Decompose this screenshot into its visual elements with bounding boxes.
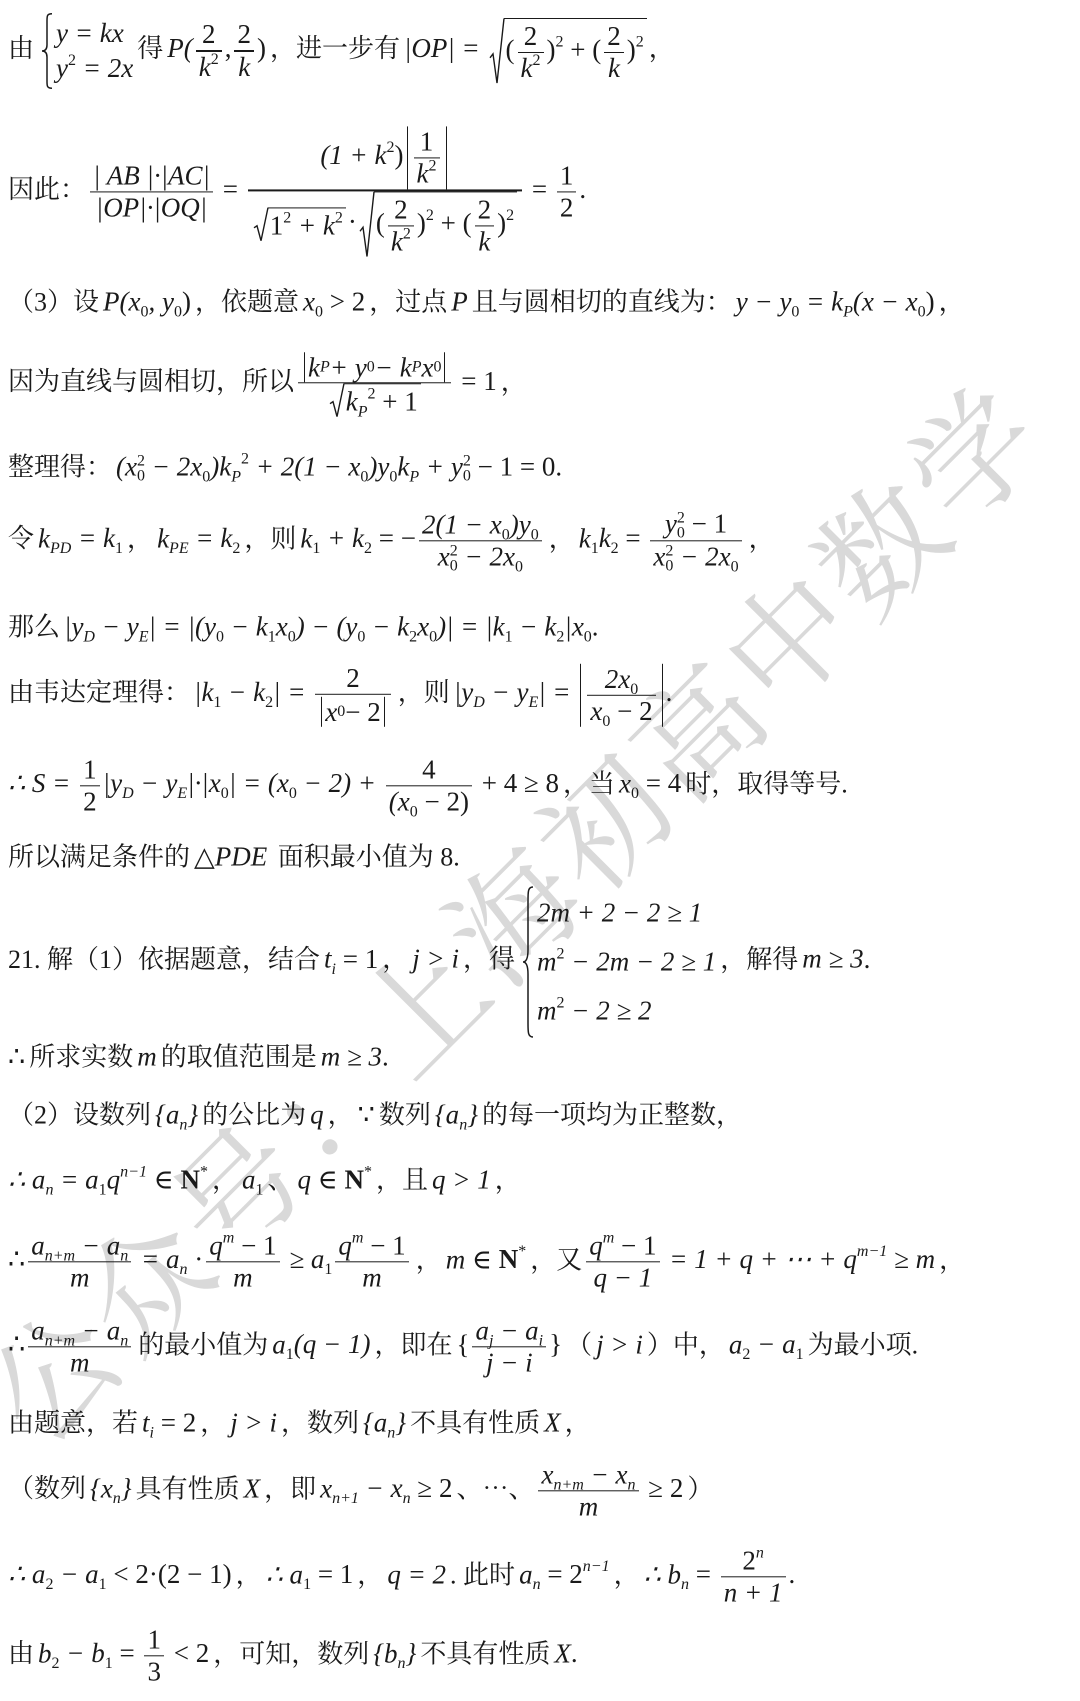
fraction: 12 [557,160,577,223]
text: 由韦达定理得： [8,678,190,707]
equation-row: y2 = 2x [56,51,133,86]
math: ∴ a [8,1559,45,1589]
text: 因此： [8,175,86,204]
text: 整理得： [8,453,112,482]
math: a [729,1329,743,1359]
math: ∴ [8,1329,25,1359]
math: + ( [434,208,472,238]
math: 2(1 − x [422,509,502,539]
superscript: * [364,1164,372,1181]
math: − a [750,1329,795,1359]
math: ) [182,287,191,317]
math: m [362,1263,382,1293]
equation-row: m2 − 2m − 2 ≥ 1 [537,938,716,987]
numerator: (1 + k2)1k2 [317,126,452,189]
denominator: k2 [518,53,544,84]
math: − x [584,1459,628,1489]
math: X [244,1473,261,1503]
denominator: 2 [80,787,100,818]
subscript: 0 [918,304,926,321]
math: | = (x [229,768,289,798]
absolute-value: 2x0x0 − 2 [580,663,662,726]
superscript: m−1 [857,1243,887,1260]
math: b [38,1638,52,1668]
denominator: x20 − 2x0 [650,542,741,574]
math: − a [53,1559,98,1589]
subscript: 0 [731,559,739,576]
text: ， [495,1166,521,1195]
line-18: （数列{xn}具有性质X，即xn+1 − xn ≥ 2、⋯、xn+m − xnm… [8,1459,713,1522]
math: m ≥ 3 [321,1042,382,1072]
subscript: 0 [174,304,182,321]
numerator: 1 [144,1624,164,1655]
math: (x [389,787,410,817]
line-19: ∴ a2 − a1 < 2·(2 − 1)，∴ a1 = 1，q = 2. 此时… [8,1545,795,1608]
fraction: 2x0x0 − 2 [587,663,655,726]
text: 由 [8,1639,34,1668]
subscript: 1 [99,1576,107,1593]
math: )k [210,452,231,482]
left-brace-icon [521,886,535,1039]
math: ) [417,208,426,238]
fraction: qm − 1m [335,1230,408,1293]
text: 时，取得等号. [685,769,848,798]
line-12: ∴所求实数m的取值范围是m ≥ 3. [8,1039,389,1076]
text: ， [501,367,527,396]
math: X [554,1638,571,1668]
math: y [56,53,68,83]
superscript: 2 [450,543,458,558]
text: 所以满足条件的 [8,843,190,872]
math: |y [103,768,122,798]
math: ∵ [358,1100,375,1130]
numerator: 1 [80,754,100,785]
math: ∴ [8,1042,25,1072]
math: k [300,523,312,553]
superscript: 2 [556,33,564,50]
math: )y [510,509,531,539]
fraction: 13 [144,1624,164,1687]
math: (1 + k [320,140,386,170]
absolute-value: 1k2 [407,126,447,189]
math: 2 [478,194,492,224]
math: ≥ 2 [411,1473,453,1503]
subscript: n [113,1490,121,1507]
subscript: E [528,694,538,711]
subscript: 0 [410,804,418,821]
denominator: m [67,1263,93,1294]
math: − y [485,677,529,707]
superscript: m [223,1229,235,1246]
denominator: kP2 + 1 [324,384,426,418]
math: m [137,1042,157,1072]
line-13: （2）设数列{an}的公比为q，∵数列{an}的每一项均为正整数， [8,1097,742,1134]
math: m [537,996,557,1026]
text: 、 [267,1166,293,1195]
subscript: D [83,629,95,646]
subscript: 1 [105,1655,113,1672]
math: + ( [564,34,602,64]
text: 由 [8,34,34,63]
math: − 2) + [297,768,383,798]
math: 4 [422,754,436,784]
math: x [320,1473,332,1503]
text: 具有性质 [136,1474,240,1503]
line-20: 由b2 − b1 = 13 < 2，可知，数列{bn}不具有性质X. [8,1624,578,1687]
math: − 2x [145,452,202,482]
text: ， [127,524,153,553]
text: 的公比为 [202,1101,306,1130]
math: P [451,287,468,317]
fraction: 2k2 [196,19,222,82]
math: = [113,1638,142,1668]
line-10: 所以满足条件的△PDE 面积最小值为 8. [8,839,460,876]
math: − 1 [685,508,727,538]
denominator: k2 [388,227,414,258]
math: } [121,1473,132,1503]
text: ， [416,1245,442,1274]
math: = 1 [311,1559,353,1589]
subscript: P [231,469,241,486]
math: − y [134,768,178,798]
subscript: 1 [324,1261,332,1278]
subscript: 0 [677,525,685,540]
absolute-value: x0 − 2 [321,697,384,727]
math: . [571,1638,578,1668]
text: 那么 [8,613,60,642]
subscript: n [398,1655,406,1672]
text: （数列 [8,1474,86,1503]
math: x [653,542,665,572]
denominator: k [475,227,493,258]
superscript: 2 [677,510,685,525]
math: ∴ [8,1244,25,1274]
numerator: y20 − 1 [662,508,730,540]
equation-row: y = kx [56,16,133,51]
math: | = [273,677,312,707]
numerator: kP + y0 − kPx0 [298,350,451,382]
math: 3 [147,1657,161,1687]
math: . [579,174,586,204]
superscript: n−1 [120,1164,147,1181]
subscript: 0 [221,785,229,802]
math: . [382,1042,389,1072]
math: 1 [420,126,434,156]
text: ， [212,1166,238,1195]
text: ， [382,945,408,974]
fraction: an+m − anm [28,1230,131,1293]
line-3: （3）设P(x0, y0)，依题意x0 > 2，过点P且与圆相切的直线为：y −… [8,284,965,321]
math: . [555,452,562,482]
denominator: x0 − 2 [315,695,390,727]
superscript: 2 [68,52,76,69]
numerator: xn+m − xn [538,1459,638,1490]
text: ，则 [398,678,450,707]
math: } [406,1638,417,1668]
math: − 2m − 2 ≥ 1 [564,947,716,977]
math: q = 2 [387,1559,446,1589]
text: ， [649,34,675,63]
math: = k [799,287,843,317]
fraction: qm − 1q − 1 [586,1230,659,1293]
math: k [397,452,409,482]
text: ，则 [244,524,296,553]
subscript: P [358,404,368,421]
text: ， [549,524,575,553]
math: {x [90,1473,113,1503]
line-1: 由y = kxy2 = 2x得P(2k2,2k)，进一步有|OP| = (2k2… [8,13,675,89]
math: , y [148,287,173,317]
absolute-value: kP + y0 − kPx0 [304,352,445,382]
text: ，当 [563,769,615,798]
math: k [599,523,611,553]
math: (x [116,452,137,482]
math: x [325,697,337,727]
math: |k [194,677,213,707]
math: q [589,1230,603,1260]
text: （3）设 [8,288,99,317]
math: x [276,612,288,642]
line-8: 由韦达定理得：|k1 − k2| = 2x0 − 2，则|yD − yE| = … [8,663,672,727]
math: = 4 [639,768,681,798]
text: ， [236,1560,262,1589]
math: |x [564,612,583,642]
superscript: 2 [506,207,514,224]
math: a [31,1315,45,1345]
text: 的取值范围是 [161,1043,317,1072]
math: x [417,612,429,642]
math: k [308,352,320,382]
math: < 2·(2 − 1) [107,1559,232,1589]
math: x [541,1459,553,1489]
math: − a [493,1315,538,1345]
math: x [590,696,602,726]
radical-sign-icon [489,18,504,84]
denominator: n + 1 [721,1578,786,1609]
math: |·|x [187,768,221,798]
math: − 1 = 0 [471,452,555,482]
denominator: 2 [557,193,577,224]
text: 数列 [379,1101,431,1130]
superscript: 2 [211,51,219,68]
fraction: 2x0 − 2 [315,663,390,727]
math: = [525,174,554,204]
math: 2 [202,19,216,49]
math: q [310,1100,324,1130]
radicand: kP2 + 1 [344,384,421,418]
text: ，即在 [375,1330,453,1359]
naturals-symbol: N [499,1244,519,1274]
math: y [665,508,677,538]
denominator: m [576,1492,602,1523]
sub-superscript: 20 [137,454,145,484]
math: m [537,947,557,977]
text: 的每一项均为正整数， [482,1101,742,1130]
math: k [391,227,403,257]
math: − 2x [673,542,730,572]
math: k [238,52,250,82]
math: . [666,677,673,707]
math: j > i [596,1329,643,1359]
subscript: 2 [265,694,273,711]
subscript: 1 [268,629,276,646]
math: P(x [103,287,140,317]
denominator: 3 [144,1657,164,1688]
math: k [579,523,591,553]
subscript: 0 [450,558,458,573]
superscript: 2 [636,33,644,50]
square-root: (2k2)2 + (2k)2 [489,18,647,84]
subscript: 0 [137,469,145,484]
math: = 1 + q + ⋯ + q [663,1244,857,1274]
text: 、⋯、 [456,1474,534,1503]
square-root: kP2 + 1 [329,384,421,418]
math: ≥ a [283,1244,325,1274]
math: 2 [560,193,574,223]
math: − y [95,612,139,642]
math: 2 [742,1545,756,1575]
text: ，数列 [281,1409,359,1438]
text: ，得 [463,945,515,974]
subscript: 0 [216,629,224,646]
math: ≥ m [887,1244,935,1274]
math: = k [189,523,233,553]
math: − 1 [363,1230,405,1260]
math: {a [363,1408,387,1438]
numerator: an+m − an [28,1315,131,1346]
math: ∴ S = [8,768,77,798]
text: ， [328,1101,354,1130]
fraction: 4(x0 − 2) [386,754,472,817]
math: − b [60,1638,105,1668]
text: 得 [137,34,163,63]
superscript: 2 [403,226,411,243]
denominator: m [359,1263,385,1294]
subscript: 2 [611,540,619,557]
denominator: q − 1 [591,1263,656,1294]
text: ， [565,1409,591,1438]
math: |y [64,612,83,642]
math: {a [435,1100,459,1130]
math: − 2 [610,696,652,726]
line-9: ∴ S = 12|yD − yE|·|x0| = (x0 − 2) + 4(x0… [8,754,848,817]
math: y − y [736,287,792,317]
math: t [324,944,332,974]
radical-sign-icon [359,191,374,257]
numerator: 2 [199,19,219,50]
numerator: an+m − an [28,1230,131,1261]
math: } [549,1329,562,1359]
math: |OP|·|OQ| [96,193,207,223]
math: 2 [83,787,97,817]
math: ) − (y [296,612,358,642]
text: ，解得 [720,945,798,974]
math: − k [365,612,409,642]
equation-system: 2m + 2 − 2 ≥ 1m2 − 2m − 2 ≥ 1m2 − 2 ≥ 2 [519,886,716,1039]
math: |OP| = [404,33,487,63]
naturals-symbol: N [345,1165,365,1195]
text: ， [614,1560,640,1589]
math: − k [375,352,412,382]
superscript: * [200,1164,208,1181]
math: m ∈ [446,1244,499,1274]
subscript: 0 [584,629,592,646]
subscript: P [409,469,419,486]
math: − 2x [458,541,515,571]
math: = a [53,1165,98,1195]
superscript: 2 [283,209,291,226]
subscript: 0 [429,629,437,646]
superscript: 2 [335,209,343,226]
sub-superscript: 20 [677,510,685,540]
math: = a [134,1244,179,1274]
math: = 2 [541,1559,583,1589]
text: 因为直线与圆相切，所以 [8,367,294,396]
numerator: aj − ai [472,1315,546,1346]
math: m [70,1263,90,1293]
subscript: 1 [796,1346,804,1363]
fraction: 2(1 − x0)y0x20 − 2x0 [419,509,542,573]
subscript: 0 [463,469,471,484]
superscript: 2 [241,451,249,468]
text: 的最小值为 [138,1330,268,1359]
math: n + 1 [724,1578,783,1608]
math: 2 [237,19,251,49]
math: k [157,523,169,553]
math: |y [454,677,473,707]
denominator: |OP|·|OQ| [93,193,210,224]
math: j > i [230,1408,277,1438]
math: ( [506,34,515,64]
text: 令 [8,524,34,553]
math: ) [926,287,935,317]
math: · [188,1244,204,1274]
math: − 1 [234,1230,276,1260]
numerator: 2 [391,194,411,225]
math: > 2 [323,287,365,317]
text: ， [200,1409,226,1438]
math: q [338,1230,352,1260]
numerator: 2n [739,1545,767,1576]
math: t [142,1408,150,1438]
fraction: 1k2 [414,126,440,189]
line-17: 由题意，若ti = 2，j > i，数列{an}不具有性质X， [8,1405,591,1442]
math: ∴ b [644,1559,681,1589]
math: = 1 [454,366,496,396]
superscript: m [352,1229,364,1246]
text: 21. 解（1）依据题意，结合 [8,945,320,974]
superscript: 2 [368,386,376,403]
math: m [233,1263,253,1293]
math: q [107,1165,121,1195]
math: 2 [524,21,538,51]
math: m [579,1492,599,1522]
text: ，且 [376,1166,428,1195]
math: k [38,523,50,553]
subscript: 1 [99,1182,107,1199]
math: − k [221,677,265,707]
math: = 2 [154,1408,196,1438]
fraction: xn+m − xnm [538,1459,638,1522]
denominator: m [67,1348,93,1379]
math: P( [167,33,192,63]
math: (x − x [853,287,918,317]
math: ∈ [147,1165,181,1195]
math: a [272,1329,286,1359]
subscript: 1 [115,540,123,557]
math: x [422,352,434,382]
math: + 2(1 − x [249,452,360,482]
